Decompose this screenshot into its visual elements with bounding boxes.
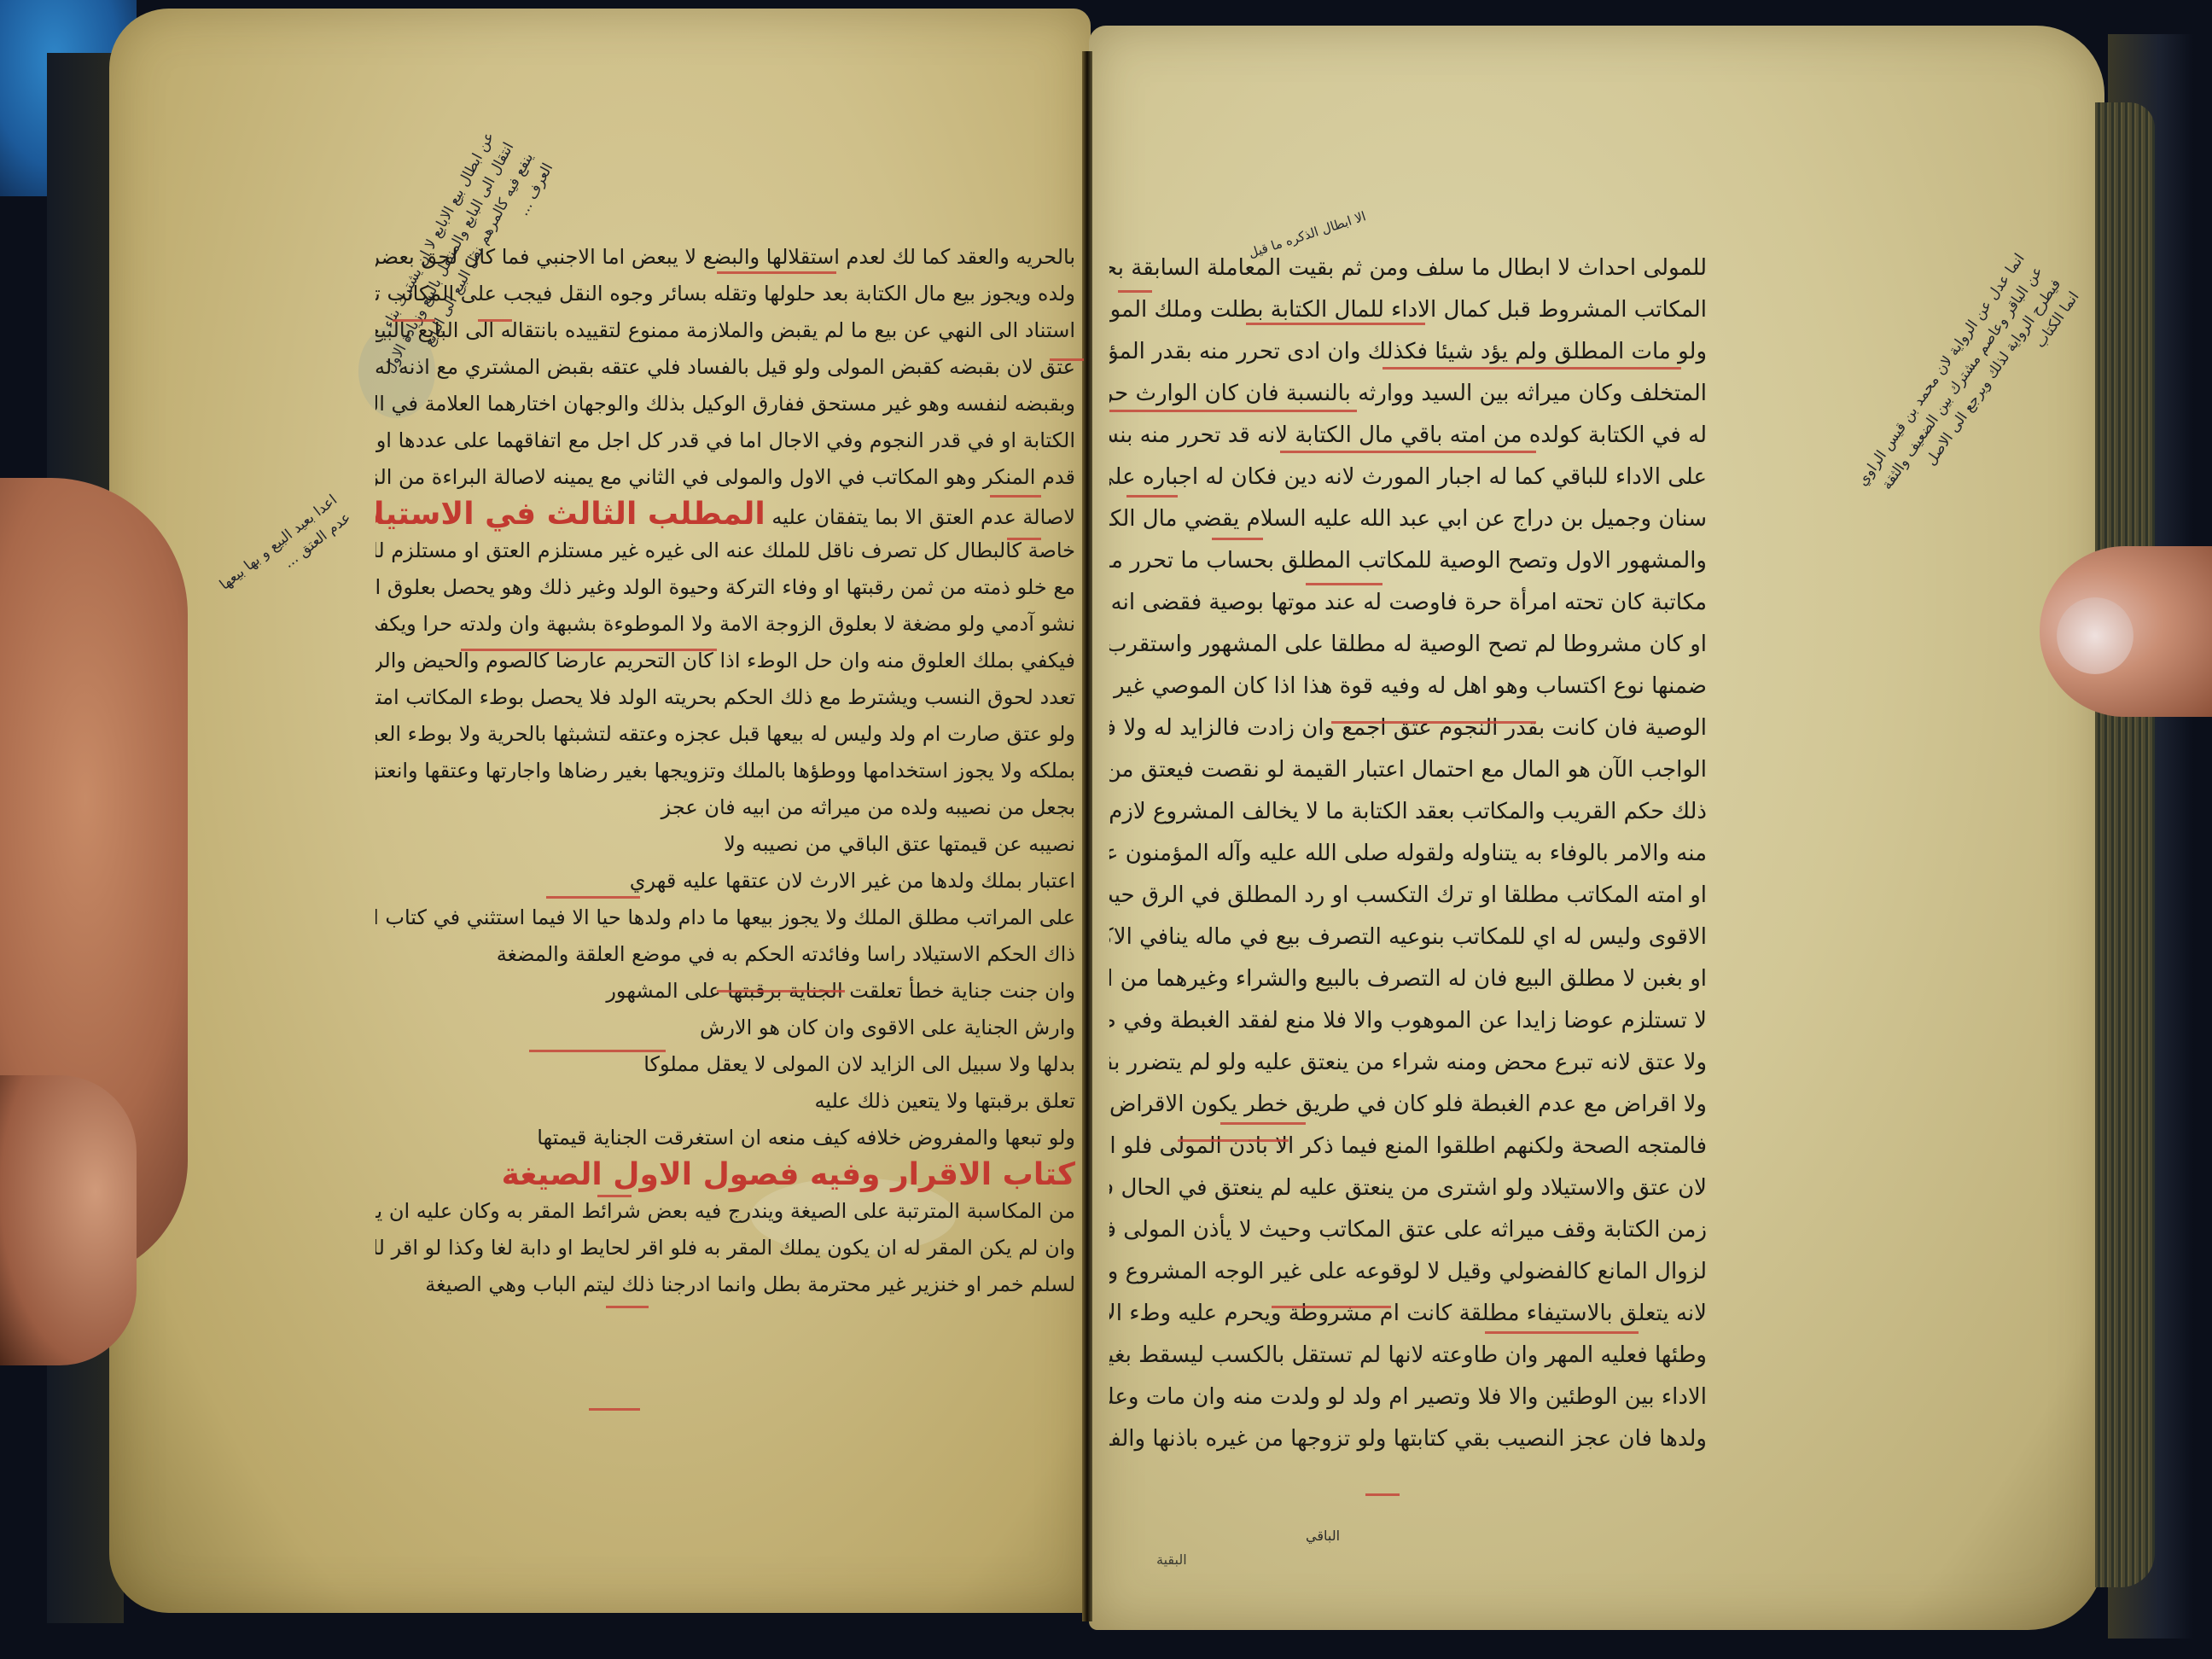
text-line: على الاداء للباقي كما له اجبار المورث لا… [1109,457,1707,498]
text-line: مع خلو ذمته من ثمن رقبتها او وفاء التركة… [375,569,1075,606]
page-fore-edge [2095,102,2155,1587]
text-line: ولا عتق لانه تبرع محض ومنه شراء من ينعتق… [1109,1042,1707,1084]
red-rubric-line [1007,538,1041,540]
text-line: ذلك حكم القريب والمكاتب بعقد الكتابة ما … [1109,791,1707,833]
red-rubric-line [1485,1331,1639,1334]
red-rubric-line [1126,495,1178,498]
red-rubric-line [597,1195,632,1197]
text-line: وارش الجناية على الاقوى وان كان هو الارش [375,1010,1075,1046]
book-gutter [1082,51,1092,1621]
text-line: الاداء بين الوطئين والا فلا وتصير ام ولد… [1109,1377,1707,1418]
red-rubric-line [1331,721,1536,724]
red-rubric-line [589,1408,640,1411]
red-rubric-line [1109,410,1357,412]
text-line: لسلم خمر او خنزير غير محترمة بطل وانما ا… [375,1266,1075,1303]
text-line: اعتبار بملك ولدها من غير الارث لان عتقها… [375,863,1075,899]
thumbnail [2057,597,2133,674]
chapter-heading: كتاب الاقرار وفيه فصول الاول الصيغة [502,1157,1075,1192]
left-page-text: بالحريه والعقد كما لك لعدم استقلالها وال… [375,239,1075,1303]
red-rubric-line [1178,1139,1289,1142]
red-rubric-line [1306,583,1382,585]
text-line: الواجب الآن هو المال مع احتمال اعتبار ال… [1109,749,1707,791]
red-rubric-line [990,495,1041,498]
text-line: او بغبن لا مطلق البيع فان له التصرف بالب… [1109,958,1707,1000]
text-line: ضمنها نوع اكتساب وهو اهل له وفيه قوة هذا… [1109,666,1707,707]
text-line: نشو آدمي ولو مضغة لا بعلوق الزوجة الامة … [375,606,1075,643]
red-rubric-line [1246,323,1425,325]
text-line: عتق لان بقبضه كقبض المولى ولو قيل بالفسا… [375,349,1075,386]
text-line: وبقبضه لنفسه وهو غير مستحق ففارق الوكيل … [375,386,1075,422]
text-line: بجعل من نصيبه ولده من ميراثه من ابيه فان… [375,789,1075,826]
text-line: للمولى احداث لا ابطال ما سلف ومن ثم بقيت… [1109,247,1707,289]
text-line: ذاك الحكم الاستيلاد راسا وفائدته الحكم ب… [375,936,1075,973]
text-line: ولو عتق صارت ام ولد وليس له بيعها قبل عج… [375,716,1075,753]
red-rubric-line [461,649,717,651]
text-line: بدلها ولا سبيل الى الزايد لان المولى لا … [375,1046,1075,1083]
red-rubric-line [1280,451,1536,453]
red-rubric-line [529,1050,666,1052]
text-line: مكاتبة كان تحته امرأة حرة فاوصت له عند م… [1109,582,1707,624]
text-line: لا تستلزم عوضا زايدا عن الموهوب والا فلا… [1109,1000,1707,1042]
text-line: من المكاسبة المترتبة على الصيغة ويندرج ف… [375,1193,1075,1230]
text-line: لانه يتعلق بالاستيفاء مطلقة كانت ام مشرو… [1109,1293,1707,1335]
text-line: تعدد لحوق النسب ويشترط مع ذلك الحكم بحري… [375,679,1075,716]
red-rubric-line [606,1306,649,1308]
text-line: تعلق برقبتها ولا يتعين ذلك عليه [375,1083,1075,1120]
text-line: استناد الى النهي عن بيع ما لم يقبض والمل… [375,312,1075,349]
text-line: الوصية فان كانت بقدر النجوم عتق اجمع وان… [1109,707,1707,749]
text-line: وطئها فعليه المهر وان طاوعته لانها لم تس… [1109,1335,1707,1377]
red-rubric-line [1118,290,1152,293]
text-line: او امته المكاتب مطلقا او ترك التكسب او ر… [1109,875,1707,917]
text-line: فالمتجه الصحة ولكنهم اطلقوا المنع فيما ذ… [1109,1126,1707,1167]
text-line: على المراتب مطلق الملك ولا يجوز بيعها ما… [375,899,1075,936]
text-line: وان لم يكن المقر له ان يكون يملك المقر ب… [375,1230,1075,1266]
catchword: الباقي [1306,1528,1340,1544]
text-line: نصيبه عن قيمتها عتق الباقي من نصيبه ولا [375,826,1075,863]
text-line: لان عتق والاستيلاد ولو اشترى من ينعتق عل… [1109,1167,1707,1209]
text-line: بملكه ولا يجوز استخدامها ووطؤها بالملك و… [375,753,1075,789]
left-hand-finger [0,1075,137,1365]
text-line-with-heading: لاصالة عدم العتق الا بما يتفقان عليه الم… [375,496,1075,533]
red-rubric-line [546,896,640,899]
text-line: ولدها فان عجز النصيب بقي كتابتها ولو تزو… [1109,1418,1707,1460]
text-line: زمن الكتابة وقف ميراثه على عتق المكاتب و… [1109,1209,1707,1251]
text-line: لزوال المانع كالفضولي وقيل لا لوقوعه على… [1109,1251,1707,1293]
text-line: الاقوى وليس له اي للمكاتب بنوعيه التصرف … [1109,917,1707,958]
red-rubric-line [1050,358,1084,361]
red-rubric-line [393,319,435,322]
text-line: المتخلف وكان ميراثه بين السيد ووارثه بال… [1109,373,1707,415]
section-heading: المطلب الثالث في الاستيلاد [375,497,765,532]
red-rubric-line [1382,367,1681,370]
text-line: بالحريه والعقد كما لك لعدم استقلالها وال… [375,239,1075,276]
red-rubric-line [478,319,512,322]
red-rubric-line [1212,538,1263,540]
right-page-text: للمولى احداث لا ابطال ما سلف ومن ثم بقيت… [1109,247,1707,1502]
text-line: سنان وجميل بن دراج عن ابي عبد الله عليه … [1109,498,1707,540]
text-line: الكتابة او في قدر النجوم وفي الاجال اما … [375,422,1075,459]
red-rubric-line [717,271,836,274]
chapter-heading-line: كتاب الاقرار وفيه فصول الاول الصيغة [375,1156,1075,1193]
red-rubric-line [1365,1493,1400,1496]
line-text: لاصالة عدم العتق الا بما يتفقان عليه [771,505,1075,529]
text-line: خاصة كالبطال كل تصرف ناقل للملك عنه الى … [375,533,1075,569]
text-line [1109,1460,1707,1502]
red-rubric-line [1220,1122,1306,1125]
text-line: ولده ويجوز بيع مال الكتابة بعد حلولها وت… [375,276,1075,312]
text-line: ولو تبعها والمفروض خلافه كيف منعه ان است… [375,1120,1075,1156]
red-rubric-line [1272,1306,1391,1308]
red-rubric-line [717,990,845,992]
folio-mark: البقية [1156,1551,1187,1568]
text-line: قدم المنكر وهو المكاتب في الاول والمولى … [375,459,1075,496]
text-line: او كان مشروطا لم تصح الوصية له مطلقا على… [1109,624,1707,666]
text-line: والمشهور الاول وتصح الوصية للمكاتب المطل… [1109,540,1707,582]
text-line: ولا اقراض مع عدم الغبطة فلو كان في طريق … [1109,1084,1707,1126]
text-line: منه والامر بالوفاء به يتناوله ولقوله صلى… [1109,833,1707,875]
